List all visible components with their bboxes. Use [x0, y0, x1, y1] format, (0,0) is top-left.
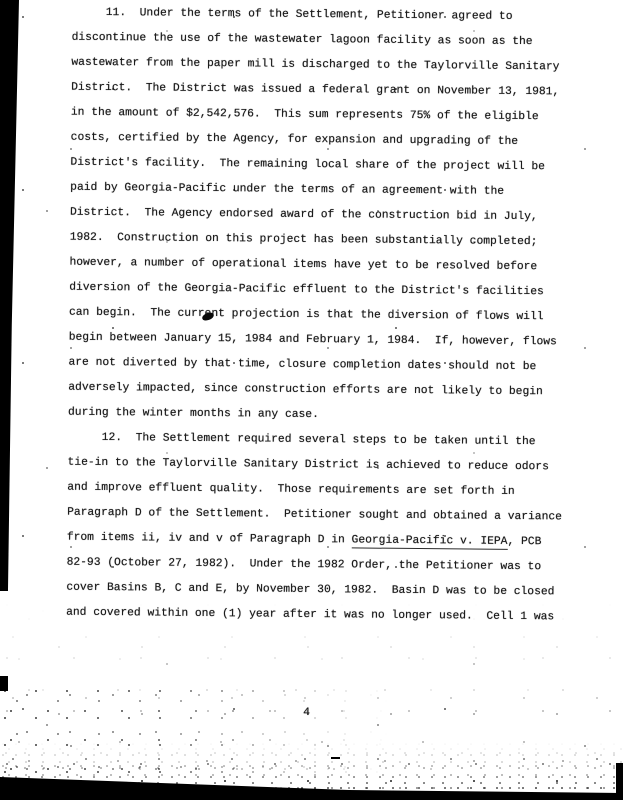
citation-post-text: , PCB — [507, 536, 541, 548]
citation-pre-text: from items ii, iv and v of Paragraph D i… — [67, 532, 352, 547]
body-text: 11. Under the terms of the Settlement, P… — [66, 1, 577, 631]
paragraph-11: 11. Under the terms of the Settlement, P… — [68, 1, 577, 431]
text-line: and covered within one (1) year after it… — [66, 601, 571, 631]
scanned-document-page: 11. Under the terms of the Settlement, P… — [0, 0, 623, 800]
paragraph-12: 12. The Settlement required several step… — [66, 426, 573, 631]
case-citation: Georgia-Pacific v. IEPA — [351, 534, 507, 549]
scan-artifact-left-stub — [0, 676, 8, 691]
document-content: 11. Under the terms of the Settlement, P… — [0, 0, 623, 800]
scan-artifact-dash — [331, 757, 340, 759]
page-number: 4 — [303, 706, 310, 719]
